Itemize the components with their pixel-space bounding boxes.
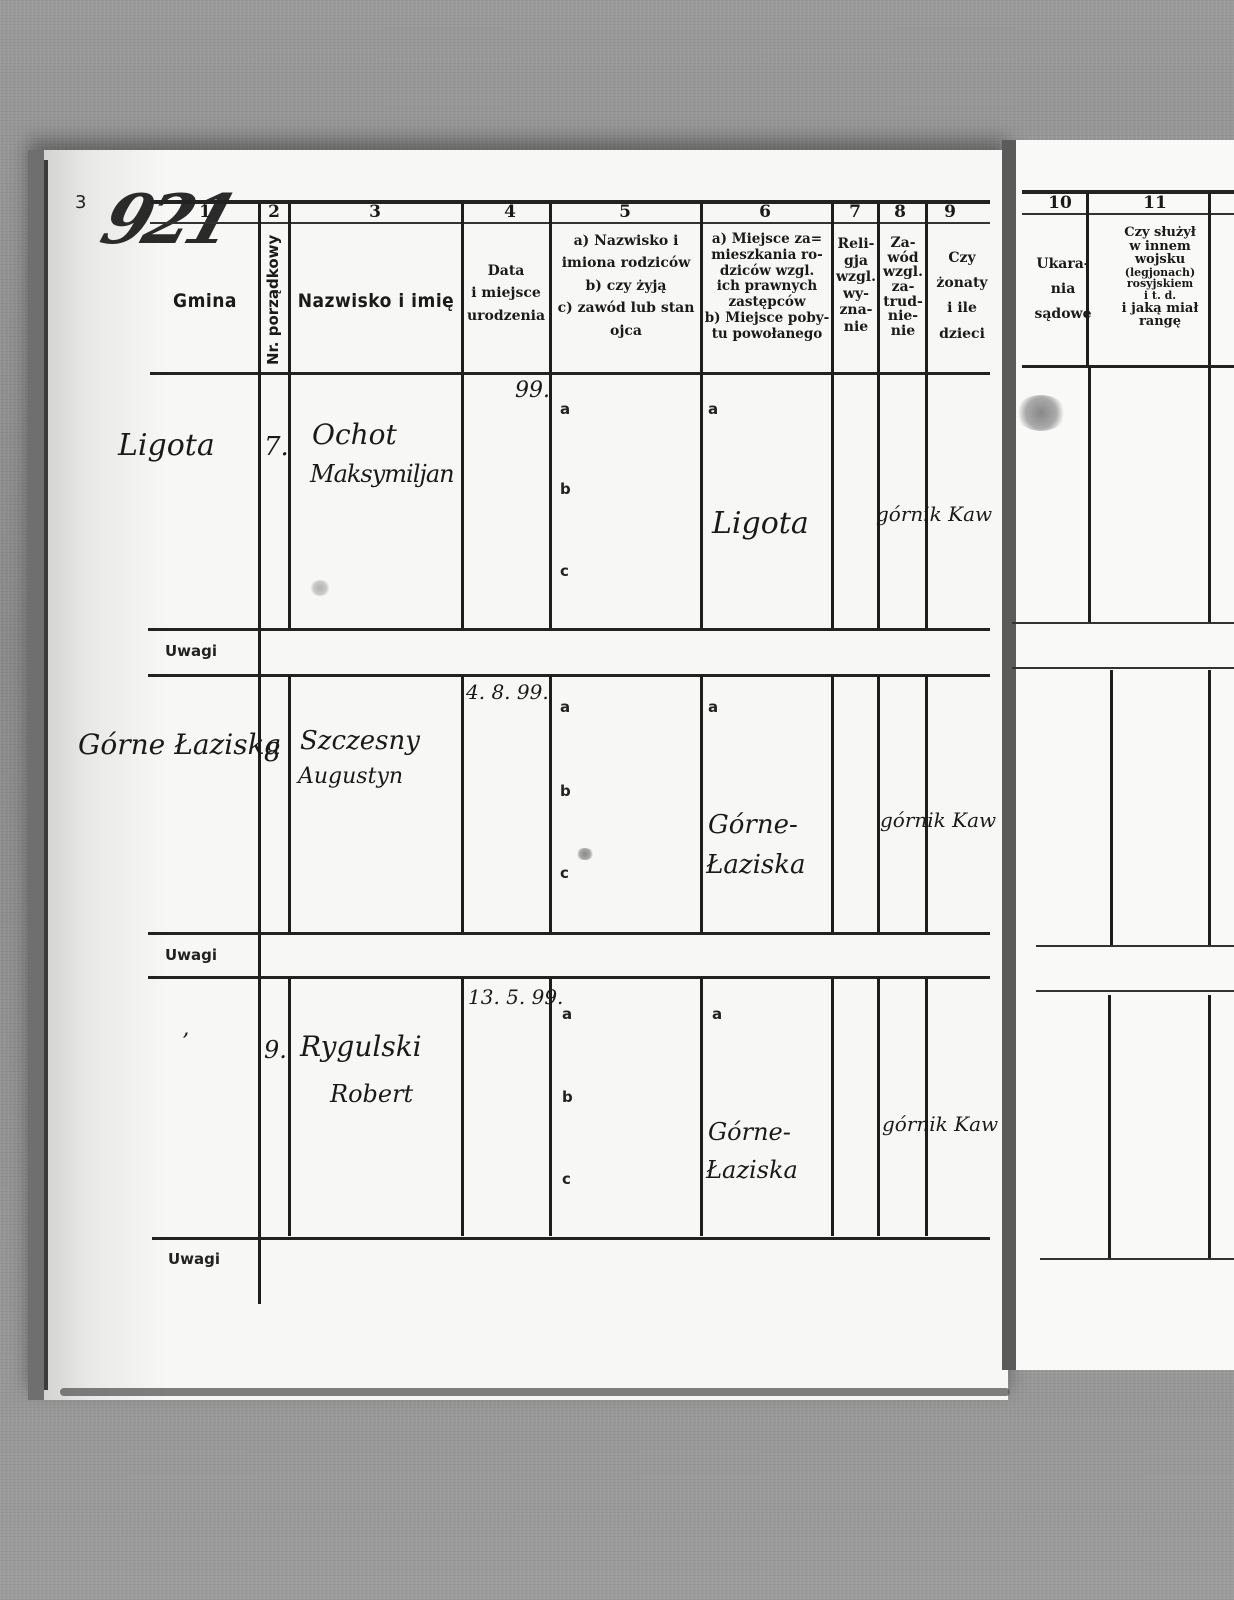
- column-number-6: 6: [745, 202, 785, 222]
- record-3-birth-date: 13. 5. 99.: [468, 985, 563, 1009]
- col-divider-8-header: [925, 204, 928, 372]
- record-3-gmina-ditto: ’: [182, 1030, 189, 1055]
- marker-a: a: [708, 400, 718, 418]
- header-line: nie: [833, 319, 879, 336]
- row1-divider: [831, 374, 834, 628]
- header-nazwisko-imie: Nazwisko i imię: [292, 290, 460, 314]
- marker-b: b: [562, 1088, 573, 1106]
- header-line: i ile: [927, 296, 997, 321]
- record-3-surname: Rygulski: [300, 1030, 422, 1063]
- header-zonaty: Czy żonaty i ile dzieci: [927, 246, 997, 347]
- right-row1-border: [1012, 622, 1234, 624]
- row3-bottom-border: [152, 1237, 990, 1240]
- header-line: imiona rodziców: [551, 252, 701, 274]
- right-uwagi2-border: [1036, 990, 1234, 992]
- record-3-residence-line1: Górne-: [708, 1118, 791, 1146]
- header-line: a) Miejsce za=: [702, 232, 832, 248]
- header-line: Data: [463, 260, 549, 282]
- header-bottom-border-right: [1022, 365, 1234, 368]
- record-2-given-name: Augustyn: [298, 764, 403, 789]
- col-divider-5-header: [700, 204, 703, 372]
- header-line: Reli-: [833, 236, 879, 253]
- header-line: nia: [1020, 277, 1106, 302]
- header-line: a) Nazwisko i: [551, 230, 701, 252]
- row3-divider: [877, 978, 880, 1236]
- header-line: b) czy żyją: [551, 275, 701, 297]
- row3-divider: [925, 978, 928, 1236]
- marker-c: c: [560, 864, 569, 882]
- row1-divider: [925, 374, 928, 628]
- row2-divider: [877, 676, 880, 932]
- col-divider-2-header: [288, 204, 291, 372]
- marker-b: b: [560, 782, 571, 800]
- header-line: ich prawnych: [702, 279, 832, 295]
- marker-b: b: [560, 480, 571, 498]
- header-line: i jaką miał: [1110, 302, 1210, 316]
- record-3-residence-line2: Łaziska: [706, 1156, 798, 1184]
- header-line: tu powołanego: [702, 327, 832, 343]
- row3-divider: [288, 978, 291, 1236]
- ink-stain: [310, 580, 330, 596]
- header-ukarania: Ukara- nia sądowe: [1020, 252, 1106, 328]
- record-1-given-name: Maksymiljan: [310, 460, 454, 488]
- row3-divider: [700, 978, 703, 1236]
- header-rodzice: a) Nazwisko i imiona rodziców b) czy żyj…: [551, 230, 701, 342]
- header-line: nie: [880, 324, 926, 339]
- page-bottom-edge: [60, 1388, 1010, 1396]
- column-number-7: 7: [840, 202, 870, 222]
- row1-divider: [288, 374, 291, 628]
- header-line: trud-: [880, 295, 926, 310]
- header-gmina: Gmina: [150, 290, 260, 314]
- header-line: Czy: [927, 246, 997, 271]
- col-divider-6-header: [831, 204, 834, 372]
- record-1-residence: Ligota: [712, 506, 809, 541]
- header-line: urodzenia: [463, 305, 549, 327]
- header-line: zastępców: [702, 295, 832, 311]
- row2-bottom-border: [148, 932, 990, 935]
- right-row3-divider: [1108, 995, 1111, 1258]
- right-row3-border: [1040, 1258, 1234, 1260]
- row1-divider: [549, 374, 552, 628]
- header-line: nie-: [880, 309, 926, 324]
- column-number-10: 10: [1040, 193, 1080, 213]
- uwagi2-bottom-border: [148, 976, 990, 979]
- row2-divider: [831, 676, 834, 932]
- record-1-gmina: Ligota: [118, 428, 215, 463]
- header-line: wy-: [833, 286, 879, 303]
- row3-divider: [549, 978, 552, 1236]
- header-line: i t. d.: [1110, 290, 1210, 302]
- header-line: żonaty: [927, 271, 997, 296]
- marker-c: c: [560, 562, 569, 580]
- record-1-birth-date: 99.: [515, 378, 550, 403]
- column-number-2: 2: [260, 202, 288, 222]
- header-line: wód: [880, 251, 926, 266]
- row2-divider: [925, 676, 928, 932]
- header-line: wzgl.: [880, 265, 926, 280]
- header-line: dzieci: [927, 322, 997, 347]
- uwagi-label-1: Uwagi: [165, 642, 217, 660]
- right-row1-divider: [1088, 366, 1091, 622]
- header-miejsce-zamieszkania: a) Miejsce za= mieszkania ro- dziców wzg…: [702, 232, 832, 342]
- record-2-residence-line2: Łaziska: [706, 850, 806, 880]
- header-line: dziców wzgl.: [702, 264, 832, 280]
- row1-divider: [877, 374, 880, 628]
- page-edge-line: [44, 160, 48, 1390]
- column-number-9: 9: [935, 202, 965, 222]
- right-row2-divider: [1208, 670, 1211, 945]
- column-number-1: 1: [185, 202, 225, 222]
- right-row1-divider: [1208, 366, 1211, 622]
- marker-a: a: [560, 698, 570, 716]
- right-row2-divider: [1110, 670, 1113, 945]
- header-line: wojsku: [1110, 253, 1210, 267]
- col-divider-3-header: [461, 204, 464, 372]
- header-line: i miejsce: [463, 282, 549, 304]
- right-row2-border: [1036, 945, 1234, 947]
- marker-a: a: [560, 400, 570, 418]
- header-bottom-border: [150, 372, 990, 375]
- record-3-nr: 9.: [264, 1036, 287, 1064]
- row1-divider: [461, 374, 464, 628]
- record-2-birth-date: 4. 8. 99.: [466, 680, 549, 704]
- header-line: Czy służył: [1110, 226, 1210, 240]
- marker-c: c: [562, 1170, 571, 1188]
- header-line: Ukara-: [1020, 252, 1106, 277]
- header-line: za-: [880, 280, 926, 295]
- record-1-nr: 7.: [264, 432, 289, 462]
- col-divider-4-header: [549, 204, 552, 372]
- header-line: zna-: [833, 302, 879, 319]
- ink-stain: [1016, 395, 1066, 431]
- marker-a: a: [708, 698, 718, 716]
- row2-divider: [700, 676, 703, 932]
- row2-divider: [461, 676, 464, 932]
- right-row3-divider: [1208, 995, 1211, 1258]
- record-1-occupation: górnik Kaw: [876, 502, 992, 526]
- uwagi-label-3: Uwagi: [168, 1250, 220, 1268]
- row1-divider: [700, 374, 703, 628]
- uwagi-label-2: Uwagi: [165, 946, 217, 964]
- col-divider-10-header: [1086, 194, 1089, 365]
- header-line: b) Miejsce poby-: [702, 311, 832, 327]
- header-line: gja: [833, 253, 879, 270]
- record-3-given-name: Robert: [330, 1080, 413, 1108]
- column-number-5: 5: [605, 202, 645, 222]
- record-2-residence-line1: Górne-: [708, 810, 798, 840]
- header-line: c) zawód lub stan: [551, 297, 701, 319]
- header-line: w innem: [1110, 240, 1210, 254]
- record-2-gmina: Górne Łaziska: [78, 728, 281, 761]
- column-number-3: 3: [355, 202, 395, 222]
- header-data-urodzenia: Data i miejsce urodzenia: [463, 260, 549, 327]
- row1-bottom-border: [148, 628, 990, 631]
- marker-a: a: [712, 1005, 722, 1023]
- ink-stain: [576, 848, 594, 860]
- row2-divider: [549, 676, 552, 932]
- record-3-occupation: górnik Kaw: [882, 1112, 998, 1136]
- record-2-surname: Szczesny: [300, 726, 420, 756]
- row3-divider: [461, 978, 464, 1236]
- header-line: rangę: [1110, 315, 1210, 329]
- column-number-divider: [150, 222, 990, 224]
- column-number-4: 4: [490, 202, 530, 222]
- register-page-left: [28, 150, 1008, 1400]
- row3-divider: [831, 978, 834, 1236]
- column-number-11: 11: [1135, 193, 1175, 213]
- header-line: wzgl.: [833, 269, 879, 286]
- page-edge: [28, 150, 44, 1400]
- column-number-8: 8: [885, 202, 915, 222]
- row2-divider: [288, 676, 291, 932]
- col-divider-7-header: [877, 204, 880, 372]
- header-sluzba-wojskowa: Czy służył w innem wojsku (legjonach) ro…: [1110, 226, 1210, 329]
- header-zawod: Za- wód wzgl. za- trud- nie- nie: [880, 236, 926, 339]
- corner-mark: 3: [75, 192, 86, 213]
- record-2-nr: 8: [264, 738, 281, 768]
- header-line: sądowe: [1020, 302, 1106, 327]
- uwagi1-bottom-border: [148, 674, 990, 677]
- header-nr-porzadkowy: Nr. porządkowy: [264, 235, 282, 365]
- right-uwagi1-border: [1012, 667, 1234, 669]
- book-spine: [1002, 140, 1016, 1370]
- marker-a: a: [562, 1005, 572, 1023]
- header-line: Za-: [880, 236, 926, 251]
- record-2-occupation: górnik Kaw: [880, 808, 996, 832]
- header-religja: Reli- gja wzgl. wy- zna- nie: [833, 236, 879, 335]
- header-line: ojca: [551, 320, 701, 342]
- record-1-surname: Ochot: [312, 418, 397, 451]
- header-line: mieszkania ro-: [702, 248, 832, 264]
- column-number-divider-right: [1022, 213, 1234, 215]
- col-divider-11-header: [1208, 194, 1211, 365]
